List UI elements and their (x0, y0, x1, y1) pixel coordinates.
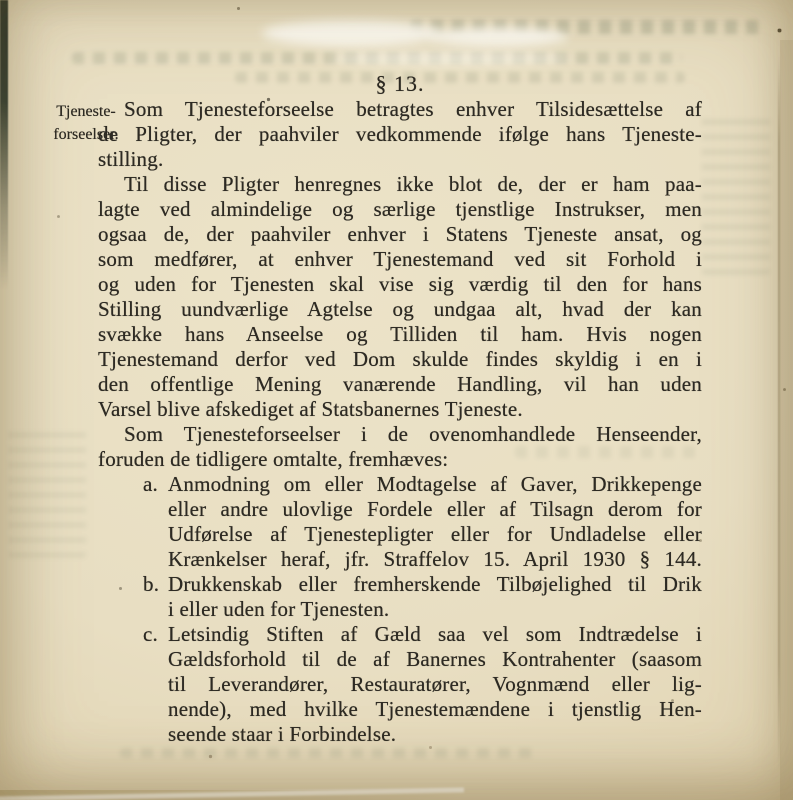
scan-white-blotch (330, 52, 570, 65)
bleed-through-ghost (120, 748, 540, 758)
body-text: Som Tjenesteforseelse betragtes enhver T… (98, 97, 702, 747)
text-line: Udførelse af Tjenestepligter eller for U… (168, 522, 702, 547)
text-line: den offentlige Mening vanærende Handling… (98, 372, 702, 397)
list-item: a.Anmodning om eller Modtagelse af Gaver… (98, 472, 702, 572)
bleed-through-ghost (8, 428, 86, 558)
list-marker: b. (143, 572, 159, 597)
text-line: Varsel blive afskediget af Statsbanernes… (98, 397, 702, 422)
list-marker: a. (143, 472, 158, 497)
page-right-edge (778, 55, 780, 770)
text-line: Drukkenskab eller fremherskende Tilbøjel… (168, 572, 702, 597)
text-line: stilling. (98, 147, 702, 172)
paragraph: Til disse Pligter henregnes ikke blot de… (98, 172, 702, 422)
section-heading: § 13. (98, 71, 702, 97)
text-line: nende), med hvilke Tjenestemændene i tje… (168, 697, 702, 722)
bleed-through-ghost (410, 20, 760, 34)
text-line: i eller uden for Tjenesten. (168, 597, 702, 622)
text-line: svække hans Anseelse og Tilliden til ham… (98, 322, 702, 347)
scan-white-blotch (428, 27, 568, 46)
text-line: Stilling uundværlige Agtelse og undgaa a… (98, 297, 702, 322)
text-line: Som Tjenesteforseelse betragtes enhver T… (98, 97, 702, 122)
text-line: eller andre ulovlige Fordele eller af Ti… (168, 497, 702, 522)
list-item: b.Drukkenskab eller fremherskende Tilbøj… (98, 572, 702, 622)
text-line: Anmodning om eller Modtagelse af Gaver, … (168, 472, 702, 497)
text-line: seende staar i Forbindelse. (168, 722, 702, 747)
bleed-through-ghost (702, 115, 770, 275)
text-line: Tjenestemand derfor ved Dom skulde finde… (98, 347, 702, 372)
list-marker: c. (143, 622, 158, 647)
text-line: ogsaa de, der paahviler enhver i Statens… (98, 222, 702, 247)
text-line: foruden de tidligere omtalte, fremhæves: (98, 447, 702, 472)
text-line: Gældsforhold til de af Banernes Kontrahe… (168, 647, 702, 672)
text-line: og uden for Tjenesten skal vise sig værd… (98, 272, 702, 297)
scanned-page: § 13. Tjeneste- forseelser. Som Tjeneste… (0, 0, 793, 800)
scan-white-blotch (262, 20, 442, 46)
text-line: som medfører, at enhver Tjenestemand ved… (98, 247, 702, 272)
text-line: til Leverandører, Restauratører, Vognmæn… (168, 672, 702, 697)
page-edge-shade (780, 40, 793, 800)
text-line: Krænkelser heraf, jfr. Straffelov 15. Ap… (168, 547, 702, 572)
text-line: Til disse Pligter henregnes ikke blot de… (98, 172, 702, 197)
text-line: de Pligter, der paahviler vedkommende if… (98, 122, 702, 147)
text-line: lagte ved almindelige og særlige tjenstl… (98, 197, 702, 222)
paragraph: Som Tjenesteforseelse betragtes enhver T… (98, 97, 702, 172)
bleed-through-ghost (72, 52, 682, 64)
text-line: Som Tjenesteforseelser i de ovenomhandle… (98, 422, 702, 447)
binding-edge-shadow (0, 0, 8, 290)
text-line: Letsindig Stiften af Gæld saa vel som In… (168, 622, 702, 647)
list-item: c.Letsindig Stiften af Gæld saa vel som … (98, 622, 702, 747)
paragraph: Som Tjenesteforseelser i de ovenomhandle… (98, 422, 702, 472)
